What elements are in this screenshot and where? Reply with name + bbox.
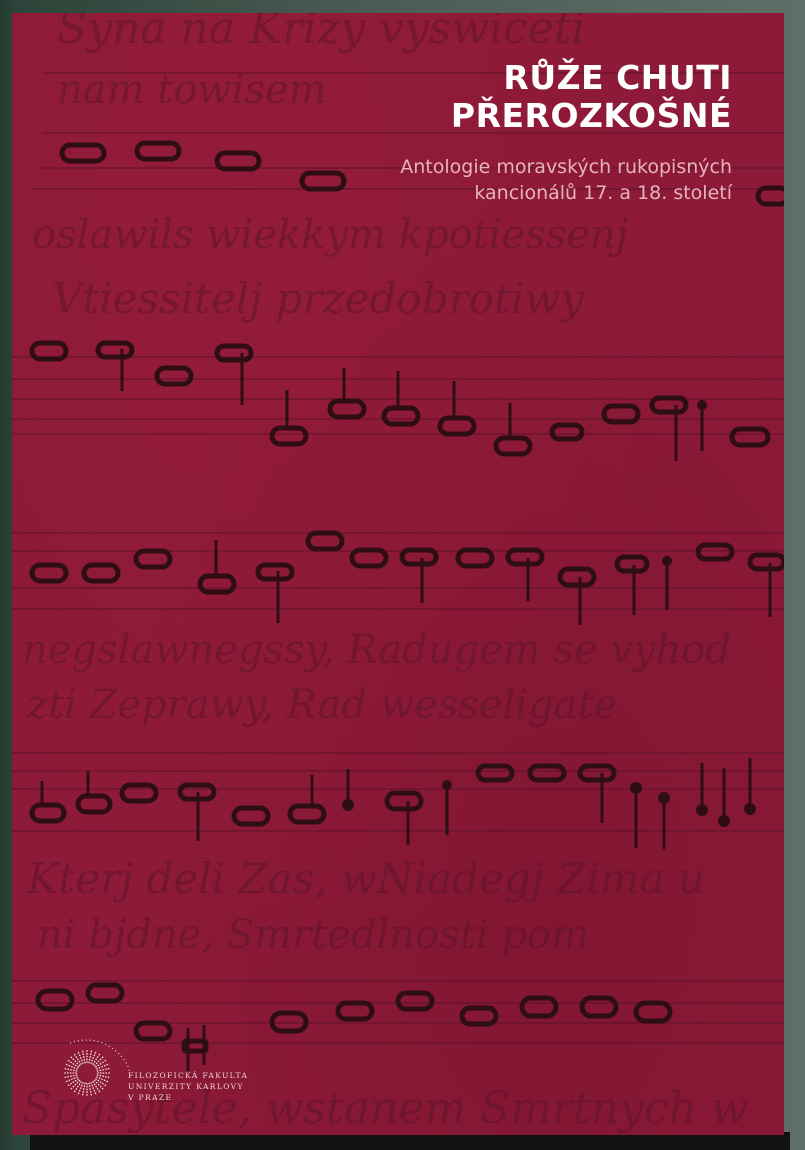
notes-row-2 [32, 343, 768, 461]
lyric-line: Vtiessitelj przedobrotiwy [52, 274, 585, 323]
publisher-name: FILOZOFICKÁ FAKULTA UNIVERZITY KARLOVY V… [128, 1070, 248, 1103]
book-title: RŮŽE CHUTI PŘEROZKOŠNÉ [400, 59, 732, 135]
notes-row-3 [32, 533, 784, 625]
book-subtitle: Antologie moravských rukopisných kancion… [400, 154, 732, 206]
publisher-line-3: V PRAZE [128, 1092, 248, 1103]
lyric-line: negslawnegssy, Radugem se vyhod [22, 627, 731, 673]
title-block: RŮŽE CHUTI PŘEROZKOŠNÉ Antologie moravsk… [400, 59, 732, 206]
lyric-line: ni bjdne, Smrtedlnosti pom [37, 912, 589, 958]
subtitle-line-2: kancionálů 17. a 18. století [400, 180, 732, 206]
sun-rays-icon [60, 1035, 130, 1115]
subtitle-line-1: Antologie moravských rukopisných [400, 154, 732, 180]
title-line-1: RŮŽE CHUTI [400, 59, 732, 97]
lyric-line: Kterj deli Zas, wNiadegj Zima u [26, 854, 705, 903]
lyric-line: oslawils wiekkym kpotiessenj [32, 212, 628, 258]
publisher-line-1: FILOZOFICKÁ FAKULTA [128, 1070, 248, 1081]
book-cover: Syna na Krizy vyswiceti nam towisem osla… [12, 13, 784, 1135]
lyric-line: Syna na Krizy vyswiceti [57, 13, 586, 54]
title-line-2: PŘEROZKOŠNÉ [400, 97, 732, 135]
lyric-line: nam towisem [57, 67, 327, 113]
publisher-line-2: UNIVERZITY KARLOVY [128, 1081, 248, 1092]
lyric-line: zti Zeprawy, Rad wesseligate [26, 682, 617, 728]
publisher-logo: FILOZOFICKÁ FAKULTA UNIVERZITY KARLOVY V… [60, 1035, 300, 1115]
